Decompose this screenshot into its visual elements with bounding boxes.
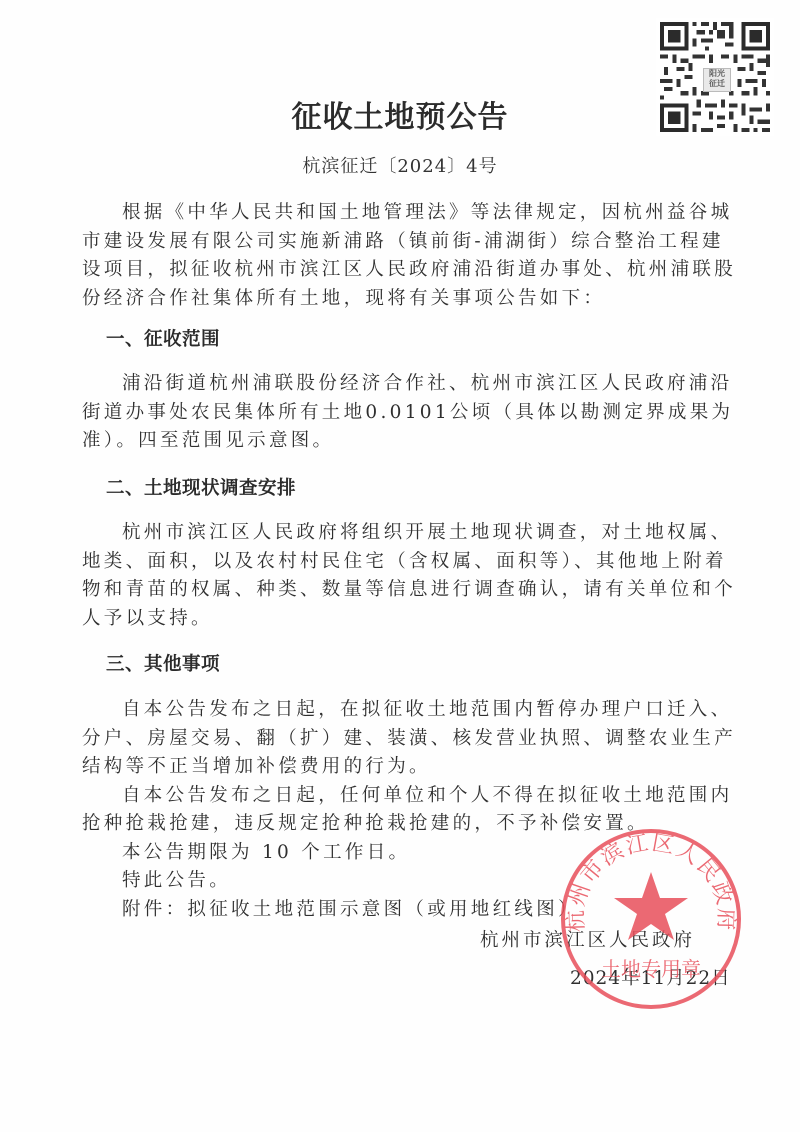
signature-organization: 杭州市滨江区人民政府	[480, 926, 695, 952]
section-line: 浦沿街道杭州浦联股份经济合作社、杭州市滨江区人民政府浦沿	[82, 370, 718, 399]
section-heading-survey: 二、土地现状调查安排	[106, 474, 296, 500]
section-line: 街道办事处农民集体所有土地0.0101公顷（具体以勘测定界成果为	[82, 399, 718, 428]
section-line: 地类、面积，以及农村村民住宅（含权属、面积等）、其他地上附着	[82, 548, 718, 577]
attachment-line: 附件：拟征收土地范围示意图（或用地红线图）	[82, 896, 718, 925]
section-line: 分户、房屋交易、翻（扩）建、装潢、核发营业执照、调整农业生产	[82, 725, 718, 754]
section-line: 自本公告发布之日起，在拟征收土地范围内暂停办理户口迁入、	[82, 696, 718, 725]
qr-badge-line2: 征迁	[704, 79, 730, 89]
document-title: 征收土地预公告	[0, 92, 800, 136]
section-line: 人予以支持。	[82, 605, 718, 634]
intro-line: 设项目，拟征收杭州市滨江区人民政府浦沿街道办事处、杭州浦联股	[82, 256, 718, 285]
section-scope-body: 浦沿街道杭州浦联股份经济合作社、杭州市滨江区人民政府浦沿 街道办事处农民集体所有…	[82, 370, 718, 456]
section-line: 杭州市滨江区人民政府将组织开展土地现状调查，对土地权属、	[82, 519, 718, 548]
section-heading-scope: 一、征收范围	[106, 325, 220, 351]
intro-paragraph: 根据《中华人民共和国土地管理法》等法律规定，因杭州益谷城 市建设发展有限公司实施…	[82, 199, 718, 313]
section-line: 结构等不正当增加补偿费用的行为。	[82, 753, 718, 782]
section-survey-body: 杭州市滨江区人民政府将组织开展土地现状调查，对土地权属、 地类、面积，以及农村村…	[82, 519, 718, 633]
section-line: 物和青苗的权属、种类、数量等信息进行调查确认，请有关单位和个	[82, 576, 718, 605]
intro-line: 根据《中华人民共和国土地管理法》等法律规定，因杭州益谷城	[82, 199, 718, 228]
section-line: 特此公告。	[82, 867, 718, 896]
document-number: 杭滨征迁〔2024〕4号	[0, 152, 800, 178]
section-line: 准）。四至范围见示意图。	[82, 427, 718, 456]
intro-line: 市建设发展有限公司实施新浦路（镇前街-浦湖街）综合整治工程建	[82, 228, 718, 257]
section-line: 本公告期限为 10 个工作日。	[82, 839, 718, 868]
intro-line: 份经济合作社集体所有土地，现将有关事项公告如下：	[82, 285, 718, 314]
signature-date: 2024年11月22日	[570, 964, 731, 990]
section-line: 抢种抢栽抢建，违反规定抢种抢栽抢建的，不予补偿安置。	[82, 810, 718, 839]
qr-badge-line1: 阳光	[704, 69, 730, 79]
document-page: 阳光 征迁 征收土地预公告 杭滨征迁〔2024〕4号 根据《中华人民共和国土地管…	[0, 0, 800, 1132]
qr-badge: 阳光 征迁	[703, 68, 731, 92]
section-line: 自本公告发布之日起，任何单位和个人不得在拟征收土地范围内	[82, 782, 718, 811]
section-heading-other: 三、其他事项	[106, 650, 220, 676]
section-other-body: 自本公告发布之日起，在拟征收土地范围内暂停办理户口迁入、 分户、房屋交易、翻（扩…	[82, 696, 718, 924]
